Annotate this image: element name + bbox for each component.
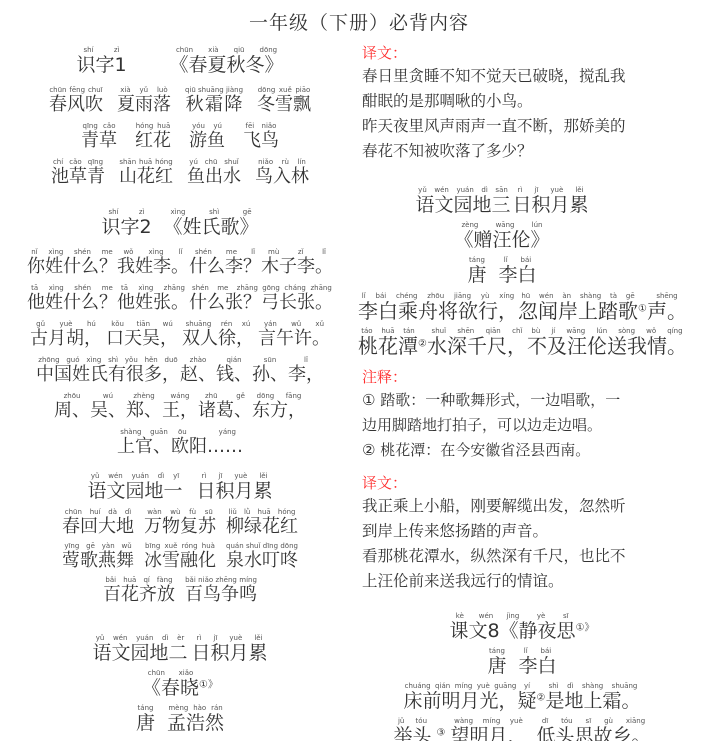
- pinyin-word: 钱、qián: [216, 356, 252, 384]
- footnote-mark: ①: [638, 304, 647, 315]
- pinyin-word: 吴、wú: [90, 392, 126, 420]
- section-yuwen1-body: 春回大地chūn huí dà dì万物复苏wàn wù fù sū柳绿花红li…: [0, 508, 360, 604]
- pinyin-word: 床前明月光，chuáng qián míng yuè guāng: [403, 682, 517, 711]
- pinyin-word: 《赠汪伦》zèng wāng lún: [454, 221, 549, 250]
- pinyin-word: 唐táng: [487, 647, 506, 676]
- pinyin-word: 你姓什么？nǐ xìng shén me: [27, 248, 117, 276]
- section-shizi1-title: 识字1shí zì 《春夏秋冬》chūn xià qiū dōng: [0, 46, 360, 75]
- pinyin-word: 上官、shàng guān: [117, 428, 171, 456]
- pinyin-line: 桃花潭táo huā tán②水深千尺，shuǐ shēn qiān chǐ不及…: [358, 327, 708, 356]
- pinyin-line: 《春晓chūn xiǎo①》: [0, 669, 360, 698]
- note-line: ② 桃花潭：在今安徽省泾县西南。: [362, 438, 712, 463]
- pinyin-word: 赵、zhào: [180, 356, 216, 384]
- pinyin-word: 红花hóng huā: [135, 122, 171, 150]
- note-line: ① 踏歌：一种歌舞形式，一边唱歌，一: [362, 388, 712, 413]
- pinyin-word: 万物复苏wàn wù fù sū: [144, 508, 216, 536]
- pinyin-line: 春回大地chūn huí dà dì万物复苏wàn wù fù sū柳绿花红li…: [0, 508, 360, 536]
- pinyin-line: 语文园地二yǔ wén yuán dì èr日积月累rì jī yuè lěi: [0, 634, 360, 663]
- pinyin-word: 李白lǐ bái: [499, 256, 537, 285]
- pinyin-word: 《静夜思jìng yè sī: [500, 612, 576, 641]
- pinyin-line: 周、zhōu吴、wú郑、zhèng王，wáng诸葛、zhū gě东方，dōng …: [0, 392, 360, 420]
- pinyin-line: 语文园地三yǔ wén yuán dì sān日积月累rì jī yuè lěi: [362, 186, 642, 215]
- pinyin-line: 《赠汪伦》zèng wāng lún: [362, 221, 642, 250]
- pinyin-word: 柳绿花红liǔ lǜ huā hóng: [226, 508, 298, 536]
- section-shizi2-body: 你姓什么？nǐ xìng shén me我姓李。wǒ xìng lǐ什么李？sh…: [0, 248, 360, 456]
- pinyin-word: [139, 54, 158, 75]
- pinyin-word: 语文园地二yǔ wén yuán dì èr: [92, 634, 187, 663]
- pinyin-line: 唐táng李白lǐ bái: [362, 256, 642, 285]
- translation-line: 春花不知被吹落了多少？: [362, 139, 712, 164]
- pinyin-word: 不及汪伦送我情。bù jí wāng lún sòng wǒ qíng: [527, 327, 687, 356]
- pinyin-word: 秋霜降qiū shuāng jiàng: [185, 86, 243, 114]
- pinyin-line: 床前明月光，chuáng qián míng yuè guāng疑yí②是地上霜…: [362, 682, 682, 711]
- pinyin-word: 声。shēng: [647, 292, 687, 321]
- pinyin-word: 青草qīng cǎo: [81, 122, 117, 150]
- pinyin-word: 日积月累rì jī yuè lěi: [197, 472, 273, 501]
- pinyin-line: 唐táng孟浩然mèng hào rán: [0, 704, 360, 733]
- pinyin-word: 郑、zhèng: [126, 392, 162, 420]
- pinyin-word: 中国姓氏有很多，zhōng guó xìng shì yǒu hěn duō: [36, 356, 180, 384]
- pinyin-word: 百花齐放bǎi huā qí fàng: [103, 576, 175, 604]
- translation-line: 春日里贪睡不知不觉天已破晓，搅乱我: [362, 64, 712, 89]
- translation-line: 酣眠的是那啁啾的小鸟。: [362, 89, 712, 114]
- poem-jingyesi: 床前明月光，chuáng qián míng yuè guāng疑yí②是地上霜…: [362, 682, 682, 741]
- pinyin-word: 语文园地三yǔ wén yuán dì sān: [415, 186, 510, 215]
- pinyin-word: 什么张？shén me zhāng: [189, 284, 261, 312]
- footnote-mark: ②: [537, 693, 546, 704]
- pinyin-word: 日积月累rì jī yuè lěi: [192, 634, 268, 663]
- translation-line: 我正乘上小船，刚要解缆出发，忽然听: [362, 494, 712, 519]
- section-yuwen2-title: 语文园地二yǔ wén yuán dì èr日积月累rì jī yuè lěi …: [0, 634, 360, 733]
- translation-zengwanglun: 译文： 我正乘上小船，刚要解缆出发，忽然听 到岸上传来悠扬踏的声音。 看那桃花潭…: [362, 472, 712, 594]
- translation-line: 上汪伦前来送我远行的情谊。: [362, 569, 712, 594]
- pinyin-line: 李白乘舟将欲行，lǐ bái chéng zhōu jiāng yù xíng忽…: [358, 292, 708, 321]
- pinyin-word: 百鸟争鸣bǎi niǎo zhēng míng: [185, 576, 257, 604]
- pinyin-line: 他姓什么？tā xìng shén me他姓张。tā xìng zhāng什么张…: [0, 284, 360, 312]
- pinyin-word: 周、zhōu: [54, 392, 90, 420]
- pinyin-word: 他姓张。tā xìng zhāng: [117, 284, 189, 312]
- section-yuwen3-title: 语文园地三yǔ wén yuán dì sān日积月累rì jī yuè lěi…: [362, 186, 642, 285]
- notes-label: 注释：: [362, 366, 712, 388]
- pinyin-word: 《姓氏歌》xìng shì gē: [164, 208, 259, 237]
- pinyin-word: 春风吹chūn fēng chuī: [49, 86, 103, 114]
- pinyin-word: 日积月累rì jī yuè lěi: [513, 186, 589, 215]
- pinyin-line: 识字2shí zì《姓氏歌》xìng shì gē: [0, 208, 360, 237]
- pinyin-word: 举头jǔ tóu: [393, 717, 431, 741]
- page-title: 一年级（下册）必背内容: [0, 8, 718, 35]
- pinyin-word: 李白lǐ bái: [519, 647, 557, 676]
- pinyin-word: 欧阳……ōu yáng: [171, 428, 243, 456]
- pinyin-word: 飞鸟fēi niǎo: [243, 122, 279, 150]
- pinyin-word: 口天吴，kǒu tiān wú: [106, 320, 178, 348]
- pinyin-word: 夏雨落xià yǔ luò: [117, 86, 171, 114]
- pinyin-word: 古月胡，gǔ yuè hú: [30, 320, 102, 348]
- pinyin-line: 百花齐放bǎi huā qí fàng百鸟争鸣bǎi niǎo zhēng mí…: [0, 576, 360, 604]
- pinyin-line: 你姓什么？nǐ xìng shén me我姓李。wǒ xìng lǐ什么李？sh…: [0, 248, 360, 276]
- pinyin-word: 忽闻岸上踏歌hū wén àn shàng tà gē: [518, 292, 638, 321]
- pinyin-word: 是地上霜。shì dì shàng shuāng: [545, 682, 640, 711]
- pinyin-word: 冬雪飘dōng xuě piāo: [257, 86, 311, 114]
- pinyin-word: 孟浩然mèng hào rán: [167, 704, 224, 733]
- pinyin-word: 春回大地chūn huí dà dì: [62, 508, 134, 536]
- translation-chunxiao: 译文： 春日里贪睡不知不觉天已破晓，搅乱我 酣眠的是那啁啾的小鸟。 昨天夜里风声…: [362, 42, 712, 164]
- pinyin-line: 春风吹chūn fēng chuī夏雨落xià yǔ luò秋霜降qiū shu…: [0, 86, 360, 114]
- pinyin-word: 低头思故乡。dī tóu sī gù xiāng: [536, 717, 650, 741]
- pinyin-word: 识字1shí zì: [76, 46, 126, 75]
- pinyin-word: 他姓什么？tā xìng shén me: [27, 284, 117, 312]
- pinyin-word: 桃花潭táo huā tán: [358, 327, 418, 356]
- pinyin-word: 我姓李。wǒ xìng lǐ: [117, 248, 189, 276]
- pinyin-word: 孙、sūn: [252, 356, 288, 384]
- translation-line: 到岸上传来悠扬踏的声音。: [362, 519, 712, 544]
- footnote-mark: ①》: [576, 623, 595, 634]
- pinyin-word: 池草青chí cǎo qīng: [51, 158, 105, 186]
- pinyin-word: 东方，dōng fāng: [252, 392, 306, 420]
- pinyin-word: 李，lǐ: [288, 356, 324, 384]
- section-kewen8-title: 课文8kè wén《静夜思jìng yè sī①》 唐táng李白lǐ bái: [382, 612, 662, 676]
- pinyin-line: 莺歌燕舞yīng gē yàn wǔ冰雪融化bīng xuě róng huà泉…: [0, 542, 360, 570]
- pinyin-word: 唐táng: [136, 704, 155, 733]
- notes-zengwanglun: 注释： ① 踏歌：一种歌舞形式，一边唱歌，一 边用脚踏地打拍子，可以边走边唱。 …: [362, 366, 712, 463]
- pinyin-word: 莺歌燕舞yīng gē yàn wǔ: [62, 542, 134, 570]
- pinyin-word: 诸葛、zhū gě: [198, 392, 252, 420]
- pinyin-word: 弓长张。gōng cháng zhāng: [261, 284, 333, 312]
- section-shizi2-title: 识字2shí zì《姓氏歌》xìng shì gē: [0, 208, 360, 237]
- pinyin-word: 泉水叮咚quán shuǐ dīng dōng: [226, 542, 298, 570]
- pinyin-word: 冰雪融化bīng xuě róng huà: [144, 542, 216, 570]
- pinyin-line: 池草青chí cǎo qīng山花红shān huā hóng鱼出水yú chū…: [0, 158, 360, 186]
- pinyin-line: 古月胡，gǔ yuè hú口天吴，kǒu tiān wú双人徐，shuāng r…: [0, 320, 360, 348]
- pinyin-word: 《春夏秋冬》chūn xià qiū dōng: [170, 46, 284, 75]
- pinyin-word: 疑yí: [518, 682, 537, 711]
- translation-label: 译文：: [362, 472, 712, 494]
- section-yuwen1-title: 语文园地一yǔ wén yuán dì yī日积月累rì jī yuè lěi: [0, 472, 360, 501]
- translation-label: 译文：: [362, 42, 712, 64]
- pinyin-word: 望明月，wàng míng yuè: [450, 717, 526, 741]
- pinyin-word: 山花红shān huā hóng: [119, 158, 173, 186]
- footnote-mark: ①》: [199, 680, 218, 691]
- footnote-mark: ③: [437, 728, 446, 739]
- pinyin-line: 举头jǔ tóu③望明月，wàng míng yuè低头思故乡。dī tóu s…: [362, 717, 682, 741]
- note-line: 边用脚踏地打拍子，可以边走边唱。: [362, 413, 712, 438]
- pinyin-word: 鱼出水yú chū shuǐ: [187, 158, 241, 186]
- section-shizi1-body: 春风吹chūn fēng chuī夏雨落xià yǔ luò秋霜降qiū shu…: [0, 86, 360, 186]
- poem-zengwanglun: 李白乘舟将欲行，lǐ bái chéng zhōu jiāng yù xíng忽…: [358, 292, 708, 356]
- translation-line: 昨天夜里风声雨声一直不断，那娇美的: [362, 114, 712, 139]
- pinyin-word: 唐táng: [467, 256, 486, 285]
- pinyin-line: 唐táng李白lǐ bái: [382, 647, 662, 676]
- translation-line: 看那桃花潭水，纵然深有千尺，也比不: [362, 544, 712, 569]
- pinyin-word: 言午许。yán wǔ xǔ: [258, 320, 330, 348]
- pinyin-line: 上官、shàng guān欧阳……ōu yáng: [0, 428, 360, 456]
- pinyin-line: 中国姓氏有很多，zhōng guó xìng shì yǒu hěn duō赵、…: [0, 356, 360, 384]
- pinyin-word: 课文8kè wén: [449, 612, 499, 641]
- pinyin-word: 水深千尺，shuǐ shēn qiān chǐ: [427, 327, 527, 356]
- pinyin-line: 语文园地一yǔ wén yuán dì yī日积月累rì jī yuè lěi: [0, 472, 360, 501]
- pinyin-word: 识字2shí zì: [101, 208, 151, 237]
- pinyin-line: 课文8kè wén《静夜思jìng yè sī①》: [382, 612, 662, 641]
- pinyin-word: 语文园地一yǔ wén yuán dì yī: [87, 472, 182, 501]
- pinyin-line: 识字1shí zì 《春夏秋冬》chūn xià qiū dōng: [0, 46, 360, 75]
- pinyin-word: 双人徐，shuāng rén xú: [182, 320, 254, 348]
- pinyin-word: 木子李。mù zǐ lǐ: [261, 248, 333, 276]
- pinyin-word: 鸟入林niǎo rù lín: [255, 158, 309, 186]
- pinyin-word: 王，wáng: [162, 392, 198, 420]
- pinyin-word: 什么李？shén me lǐ: [189, 248, 261, 276]
- footnote-mark: ②: [418, 339, 427, 350]
- pinyin-word: 游鱼yóu yú: [189, 122, 225, 150]
- pinyin-word: 李白乘舟将欲行，lǐ bái chéng zhōu jiāng yù xíng: [358, 292, 518, 321]
- pinyin-line: 青草qīng cǎo红花hóng huā游鱼yóu yú飞鸟fēi niǎo: [0, 122, 360, 150]
- pinyin-word: 《春晓chūn xiǎo: [142, 669, 199, 698]
